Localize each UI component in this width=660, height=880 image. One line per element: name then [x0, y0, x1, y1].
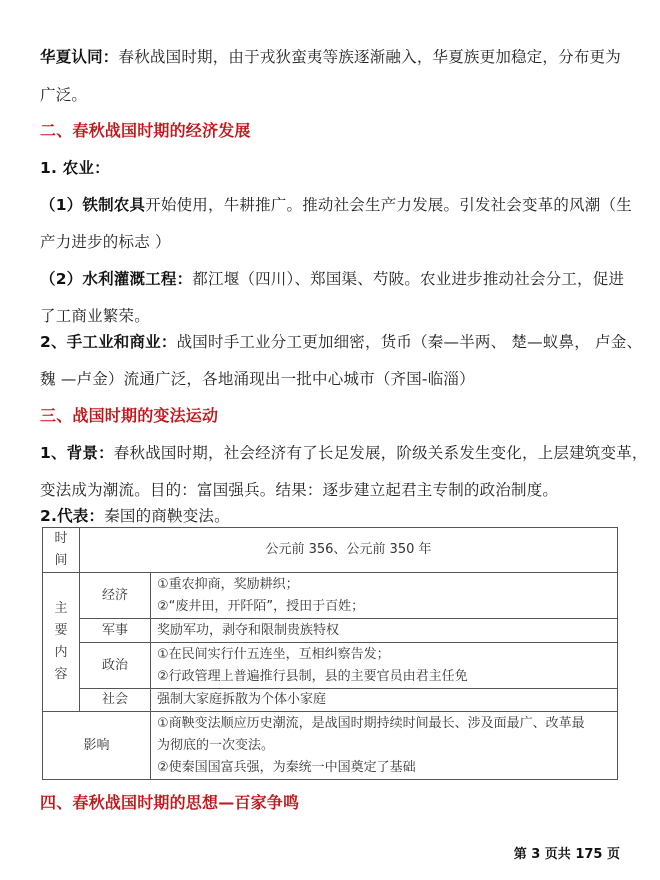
time-label-char: 时: [54, 531, 67, 546]
content-line: ①重农抑商，奖励耕织；: [157, 574, 611, 596]
agri1-line-2: 产力进步的标志 ）: [40, 231, 171, 253]
craft-text: 战国时手工业分工更加细密，货币（秦—半两、 楚—蚁鼻， 卢金、: [177, 333, 643, 351]
table-row: 军事 奖励军功，剥夺和限制贵族特权: [43, 619, 618, 643]
rep-line: 2.代表：秦国的商鞅变法。: [40, 505, 230, 527]
section-heading-3: 三、战国时期的变法运动: [40, 405, 218, 427]
agri2-line-2: 了工商业繁荣。: [40, 305, 150, 327]
table-row: 政治 ①在民间实行什五连坐，互相纠察告发； ②行政管理上普遍推行县制，县的主要官…: [43, 643, 618, 689]
category-cell: 军事: [80, 619, 151, 643]
content-line: ②行政管理上普遍推行县制，县的主要官员由君主任免: [157, 666, 611, 688]
table-row: 主 要 内 容 经济 ①重农抑商，奖励耕织； ②“废井田，开阡陌”，授田于百姓；: [43, 573, 618, 619]
content-cell: ①重农抑商，奖励耕织； ②“废井田，开阡陌”，授田于百姓；: [151, 573, 618, 619]
agri1-label: （1）铁制农具: [40, 196, 145, 214]
section-heading-4: 四、春秋战国时期的思想—百家争鸣: [40, 792, 299, 814]
category-cell: 政治: [80, 643, 151, 689]
time-label-cell: 时 间: [43, 528, 80, 573]
page-number: 第 3 页共 175 页: [514, 843, 620, 862]
main-label-char: 容: [54, 667, 67, 682]
huaxia-text: 春秋战国时期，由于戎狄蛮夷等族逐渐融入，华夏族更加稳定，分布更为: [119, 48, 621, 66]
huaxia-label: 华夏认同：: [40, 48, 119, 66]
content-line: 奖励军功，剥夺和限制贵族特权: [157, 620, 611, 642]
agri1-text: 开始使用，牛耕推广。推动社会生产力发展。引发社会变革的风潮（生: [145, 196, 632, 214]
craft-line-1: 2、手工业和商业：战国时手工业分工更加细密，货币（秦—半两、 楚—蚁鼻， 卢金、: [40, 331, 642, 353]
main-label-char: 主: [54, 601, 67, 616]
craft-label: 2、手工业和商业：: [40, 333, 177, 351]
content-line: 强制大家庭拆散为个体小家庭: [157, 689, 611, 711]
impact-label-cell: 影响: [43, 712, 151, 780]
section-heading-2: 二、春秋战国时期的经济发展: [40, 120, 251, 142]
content-cell: 强制大家庭拆散为个体小家庭: [151, 689, 618, 712]
impact-content-cell: ①商鞅变法顺应历史潮流，是战国时期持续时间最长、涉及面最广、改革最 为彻底的一次…: [151, 712, 618, 780]
main-label-char: 要: [54, 623, 67, 638]
content-cell: 奖励军功，剥夺和限制贵族特权: [151, 619, 618, 643]
category-cell: 社会: [80, 689, 151, 712]
craft-line-2: 魏 —卢金）流通广泛，各地涌现出一批中心城市（齐国-临淄）: [40, 368, 475, 390]
bg-line-1: 1、背景：春秋战国时期，社会经济有了长足发展，阶级关系发生变化，上层建筑变革，: [40, 442, 648, 464]
time-label-char: 间: [54, 553, 67, 568]
table-row-time: 时 间 公元前 356、公元前 350 年: [43, 528, 618, 573]
content-line: 为彻底的一次变法。: [157, 735, 611, 757]
table-row-impact: 影响 ①商鞅变法顺应历史潮流，是战国时期持续时间最长、涉及面最广、改革最 为彻底…: [43, 712, 618, 780]
main-label-char: 内: [54, 645, 67, 660]
content-line: ②“废井田，开阡陌”，授田于百姓；: [157, 596, 611, 618]
agri2-text: 都江堰（四川）、郑国渠、芍陂。农业进步推动社会分工，促进: [192, 270, 624, 288]
rep-label: 2.代表：: [40, 507, 104, 525]
main-content-label-cell: 主 要 内 容: [43, 573, 80, 712]
bg-line-2: 变法成为潮流。目的：富国强兵。结果：逐步建立起君主专制的政治制度。: [40, 479, 558, 501]
time-value-cell: 公元前 356、公元前 350 年: [80, 528, 618, 573]
content-cell: ①在民间实行什五连坐，互相纠察告发； ②行政管理上普遍推行县制，县的主要官员由君…: [151, 643, 618, 689]
content-line: ②使秦国国富兵强，为秦统一中国奠定了基础: [157, 757, 611, 779]
bg-label: 1、背景：: [40, 444, 114, 462]
reform-table: 时 间 公元前 356、公元前 350 年 主 要 内 容 经济 ①重农抑商，奖…: [42, 527, 618, 780]
content-line: ①商鞅变法顺应历史潮流，是战国时期持续时间最长、涉及面最广、改革最: [157, 713, 611, 735]
huaxia-line-2: 广泛。: [40, 84, 87, 106]
category-cell: 经济: [80, 573, 151, 619]
content-line: ①在民间实行什五连坐，互相纠察告发；: [157, 644, 611, 666]
huaxia-line-1: 华夏认同：春秋战国时期，由于戎狄蛮夷等族逐渐融入，华夏族更加稳定，分布更为: [40, 46, 621, 68]
agri2-line-1: （2）水利灌溉工程：都江堰（四川）、郑国渠、芍陂。农业进步推动社会分工，促进: [40, 268, 624, 290]
bg-text: 春秋战国时期，社会经济有了长足发展，阶级关系发生变化，上层建筑变革，: [114, 444, 648, 462]
table-row: 社会 强制大家庭拆散为个体小家庭: [43, 689, 618, 712]
agri-title: 1. 农业：: [40, 157, 110, 179]
rep-text: 秦国的商鞅变法。: [104, 507, 230, 525]
agri2-label: （2）水利灌溉工程：: [40, 270, 192, 288]
agri1-line-1: （1）铁制农具开始使用，牛耕推广。推动社会生产力发展。引发社会变革的风潮（生: [40, 194, 632, 216]
